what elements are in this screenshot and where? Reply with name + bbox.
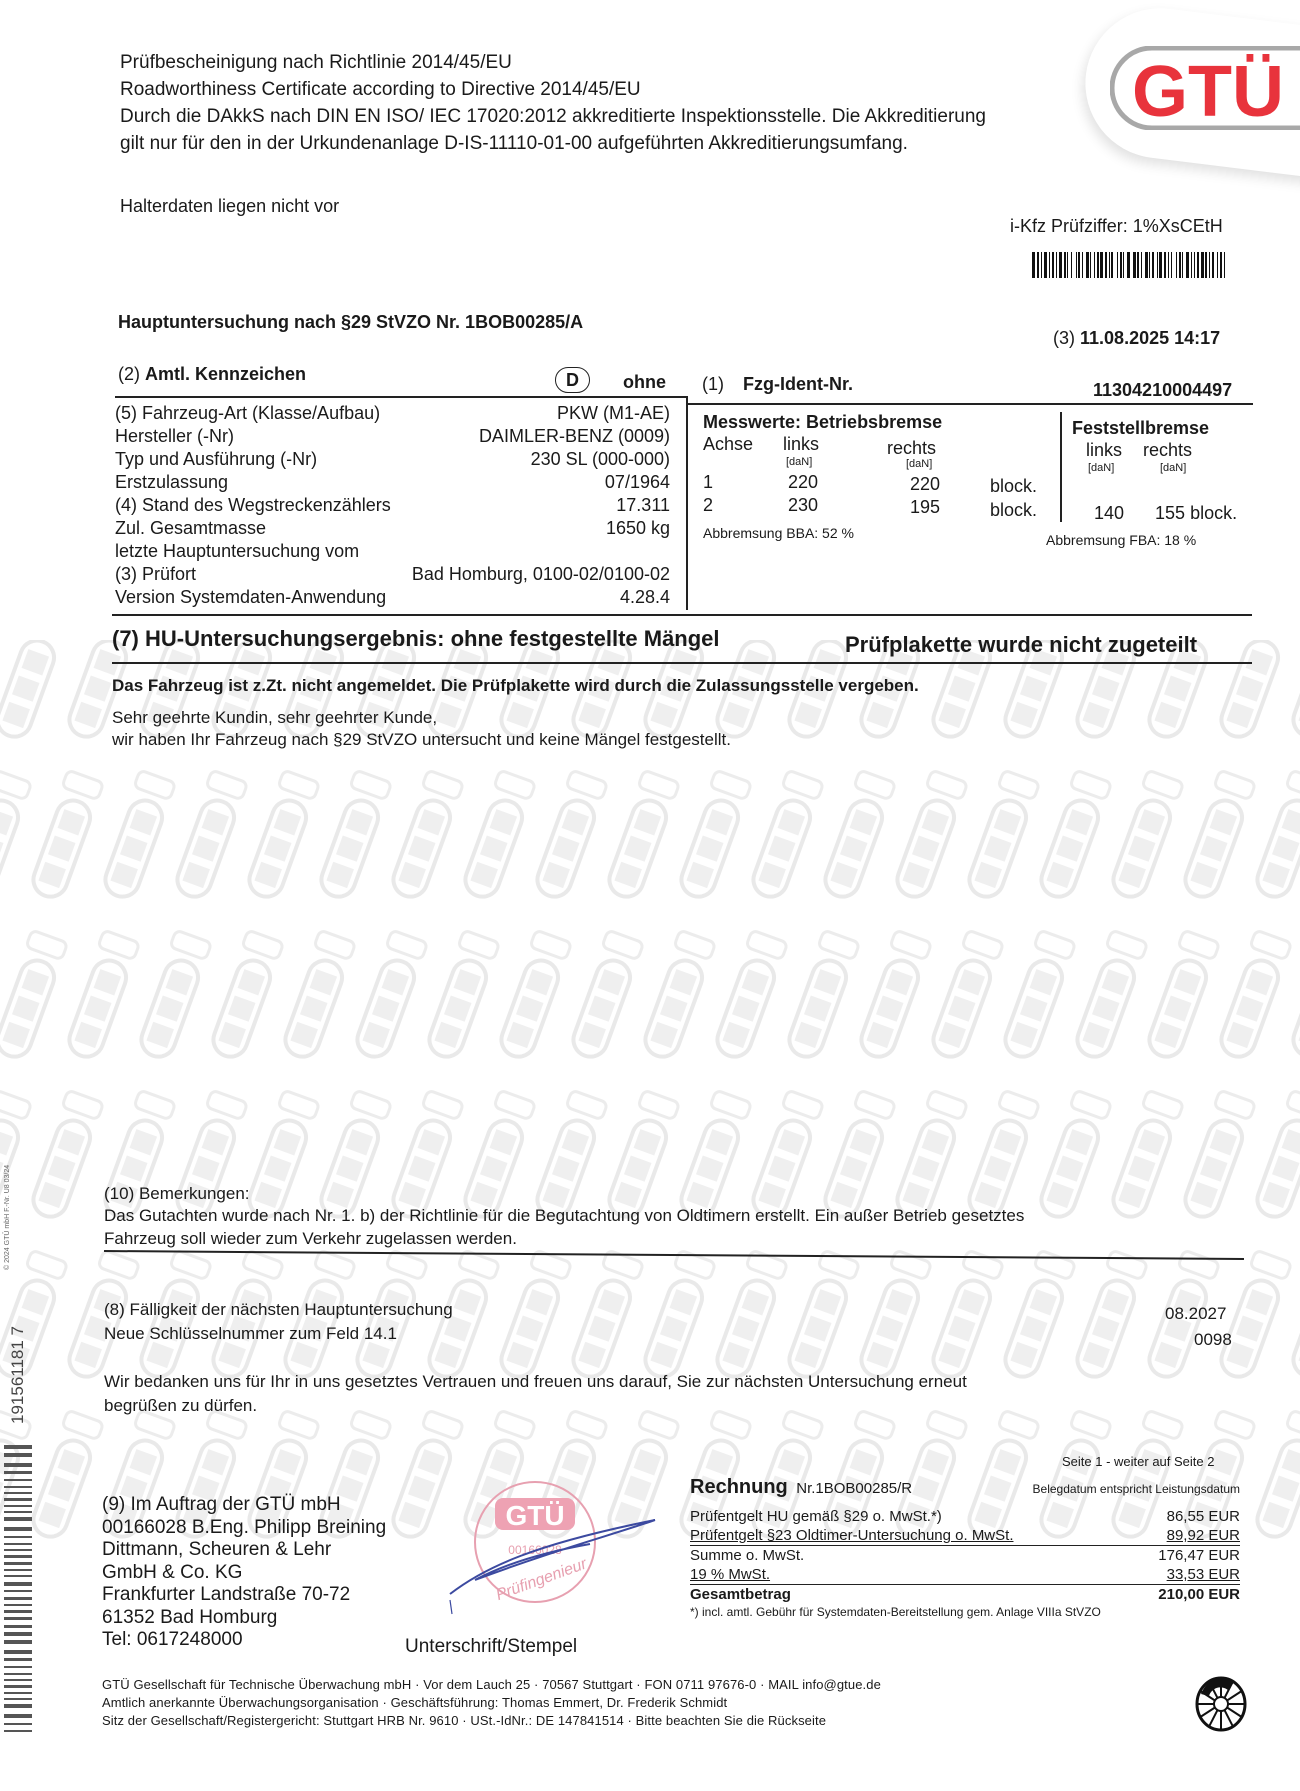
- holder-note: Halterdaten liegen nicht vor: [120, 196, 339, 217]
- col-right: rechts: [887, 438, 936, 459]
- result-message: wir haben Ihr Fahrzeug nach §29 StVZO un…: [112, 730, 731, 750]
- parking-right: 155 block.: [1155, 503, 1237, 524]
- remarks-line-2: Fahrzeug soll wieder zum Verkehr zugelas…: [104, 1229, 517, 1249]
- inspection-title: Hauptuntersuchung nach §29 StVZO Nr. 1BO…: [118, 312, 583, 333]
- svg-text:Prüfingenieur: Prüfingenieur: [494, 1555, 590, 1604]
- bba-value: Abbremsung BBA: 52 %: [703, 525, 854, 541]
- invoice-footnote: *) incl. amtl. Gebühr für Systemdaten-Be…: [690, 1604, 1240, 1620]
- inspection-date-value: 11.08.2025 14:17: [1080, 328, 1220, 348]
- invoice-item: Prüfentgelt §23 Oldtimer-Untersuchung o.…: [690, 1526, 1240, 1546]
- brake-axle: 2: [703, 495, 713, 516]
- examiner-block: (9) Im Auftrag der GTÜ mbH 00166028 B.En…: [102, 1494, 386, 1652]
- service-brake-title: Messwerte: Betriebsbremse: [703, 412, 942, 433]
- key-number-value: 0098: [1194, 1330, 1232, 1350]
- vin-value: 11304210004497: [1093, 380, 1232, 401]
- remarks-line-1: Das Gutachten wurde nach Nr. 1. b) der R…: [104, 1206, 1024, 1226]
- footer: GTÜ Gesellschaft für Technische Überwach…: [102, 1676, 881, 1730]
- fba-value: Abbremsung FBA: 18 %: [1046, 532, 1196, 548]
- ikfz-value: 1%XsCEtH: [1133, 216, 1223, 236]
- signature-label: Unterschrift/Stempel: [405, 1636, 577, 1658]
- salutation: Sehr geehrte Kundin, sehr geehrter Kunde…: [112, 708, 437, 728]
- plate-country-badge: D: [555, 367, 590, 393]
- col-left: links: [783, 434, 819, 455]
- gtue-logo-icon: GTÜ: [1110, 46, 1300, 130]
- remarks-label: (10) Bemerkungen:: [104, 1184, 250, 1204]
- brake-left: 220: [788, 472, 818, 493]
- unit: [daN]: [786, 456, 812, 468]
- vehicle-row: (5) Fahrzeug-Art (Klasse/Aufbau)PKW (M1-…: [115, 402, 670, 425]
- parking-col-left: links: [1086, 440, 1122, 461]
- divider: [688, 403, 1253, 405]
- key-number-label: Neue Schlüsselnummer zum Feld 14.1: [104, 1324, 397, 1344]
- result-heading: (7) HU-Untersuchungsergebnis: ohne festg…: [112, 626, 720, 652]
- vehicle-row: Zul. Gesamtmasse1650 kg: [115, 517, 670, 540]
- plate-label: (2) Amtl. Kennzeichen: [118, 364, 306, 385]
- header-line-2: Roadworthiness Certificate according to …: [120, 77, 641, 103]
- next-inspection-value: 08.2027: [1165, 1304, 1226, 1324]
- next-inspection-label: (8) Fälligkeit der nächsten Hauptuntersu…: [104, 1300, 453, 1320]
- invoice-vat: 19 % MwSt.33,53 EUR: [690, 1565, 1240, 1585]
- invoice: Rechnung Nr.1BOB00285/R Belegdatum entsp…: [690, 1476, 1240, 1620]
- svg-text:GTÜ: GTÜ: [1132, 52, 1284, 130]
- divider: [115, 396, 688, 398]
- parking-left: 140: [1094, 503, 1124, 524]
- vehicle-row: Typ und Ausführung (-Nr)230 SL (000-000): [115, 448, 670, 471]
- vin-label: (1) Fzg-Ident-Nr.: [702, 374, 853, 395]
- invoice-date-note: Belegdatum entspricht Leistungsdatum: [1033, 1482, 1240, 1496]
- brake-axle: 1: [703, 472, 713, 493]
- ikfz-label: i-Kfz Prüfziffer:: [1010, 216, 1128, 236]
- vehicle-row: Version Systemdaten-Anwendung4.28.4: [115, 586, 670, 609]
- brake-left: 230: [788, 495, 818, 516]
- ikfz-check-digit: i-Kfz Prüfziffer: 1%XsCEtH: [1010, 216, 1223, 237]
- invoice-subtotal: Summe o. MwSt.176,47 EUR: [690, 1546, 1240, 1565]
- vehicle-row: Hersteller (-Nr)DAIMLER-BENZ (0009): [115, 425, 670, 448]
- vehicle-row: letzte Hauptuntersuchung vom: [115, 540, 670, 563]
- unit: [daN]: [1160, 462, 1186, 474]
- page-info: Seite 1 - weiter auf Seite 2: [1062, 1454, 1214, 1469]
- side-doc-number: 191561181 7: [8, 1326, 28, 1424]
- side-copyright: © 2024 GTÜ mbH F.-Nr. U8 03/24: [4, 1165, 11, 1270]
- unit: [daN]: [1088, 462, 1114, 474]
- brake-right: 220: [910, 474, 940, 495]
- side-barcode: [4, 1445, 32, 1740]
- parking-col-right: rechts: [1143, 440, 1192, 461]
- vehicle-row: (3) PrüfortBad Homburg, 0100-02/0100-02: [115, 563, 670, 586]
- thanks-line-1: Wir bedanken uns für Ihr in uns gesetzte…: [104, 1372, 967, 1392]
- examiner-stamp-icon: GTÜ 00166028 Prüfingenieur: [415, 1472, 665, 1622]
- registration-note: Das Fahrzeug ist z.Zt. nicht angemeldet.…: [112, 676, 919, 696]
- vehicle-data: (5) Fahrzeug-Art (Klasse/Aufbau)PKW (M1-…: [115, 402, 670, 609]
- col-axle: Achse: [703, 434, 753, 455]
- invoice-number: Nr.1BOB00285/R: [796, 1480, 912, 1497]
- header-line-3: Durch die DAkkS nach DIN EN ISO/ IEC 170…: [120, 104, 986, 130]
- invoice-item: Prüfentgelt HU gemäß §29 o. MwSt.*)86,55…: [690, 1507, 1240, 1526]
- divider: [112, 662, 1252, 664]
- brake-note: block.: [990, 500, 1037, 521]
- vehicle-row: (4) Stand des Wegstreckenzählers17.311: [115, 494, 670, 517]
- invoice-total: Gesamtbetrag210,00 EUR: [690, 1585, 1240, 1604]
- brake-right: 195: [910, 497, 940, 518]
- thanks-line-2: begrüßen zu dürfen.: [104, 1396, 257, 1416]
- brake-note: block.: [990, 476, 1037, 497]
- inspection-seal-icon: [1195, 1676, 1247, 1732]
- header-line-4: gilt nur für den in der Urkundenanlage D…: [120, 131, 908, 157]
- sticker-status: Prüfplakette wurde nicht zugeteilt: [845, 632, 1197, 658]
- divider: [1060, 412, 1062, 522]
- divider: [104, 1250, 1244, 1260]
- plate-value: ohne: [623, 372, 666, 393]
- ikfz-barcode: [1032, 252, 1227, 283]
- unit: [daN]: [906, 458, 932, 470]
- invoice-title: Rechnung: [690, 1476, 788, 1498]
- inspection-date: (3) 11.08.2025 14:17: [1053, 328, 1220, 349]
- divider: [686, 396, 688, 610]
- svg-text:GTÜ: GTÜ: [505, 1500, 564, 1531]
- parking-brake-title: Feststellbremse: [1072, 418, 1209, 439]
- vehicle-row: Erstzulassung07/1964: [115, 471, 670, 494]
- header-line-1: Prüfbescheinigung nach Richtlinie 2014/4…: [120, 50, 512, 76]
- divider: [112, 614, 1252, 616]
